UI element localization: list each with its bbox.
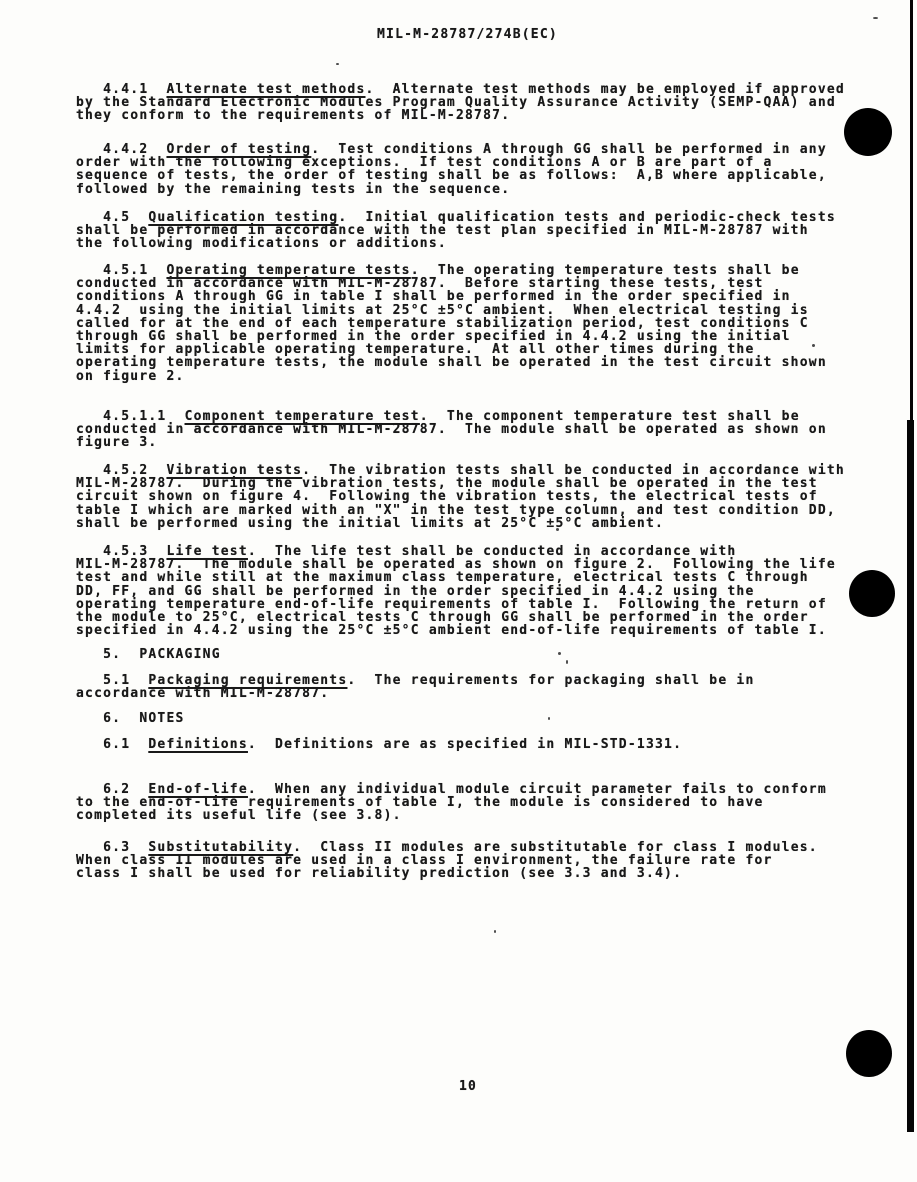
scan-speck — [873, 17, 878, 19]
section-number: 6. NOTES — [76, 711, 185, 726]
scanned-document-page: MIL-M-28787/274B(EC) 4.4.1 Alternate tes… — [0, 0, 917, 1182]
paragraph-4-5-3: 4.5.3 Life test. The life test shall be … — [76, 545, 906, 637]
registration-dot-icon — [849, 570, 895, 617]
section-body: . The life test shall be conducted in ac… — [76, 544, 836, 638]
paragraph-4-5-1: 4.5.1 Operating temperature tests. The o… — [76, 264, 906, 383]
paragraph-4-5-1-1: 4.5.1.1 Component temperature test. The … — [76, 410, 906, 450]
paragraph-4-4-2: 4.4.2 Order of testing. Test conditions … — [76, 143, 906, 196]
paragraph-4-5: 4.5 Qualification testing. Initial quali… — [76, 211, 906, 251]
paragraph-6-1: 6.1 Definitions. Definitions are as spec… — [76, 738, 906, 751]
page-number: 10 — [459, 1080, 477, 1093]
scan-speck — [336, 63, 339, 65]
registration-dot-icon — [846, 1030, 892, 1077]
section-body: . The operating temperature tests shall … — [76, 263, 827, 384]
scan-speck — [494, 930, 496, 933]
scan-speck — [812, 344, 815, 347]
paragraph-6-3: 6.3 Substitutability. Class II modules a… — [76, 841, 906, 881]
section-number: 6.1 — [76, 737, 148, 752]
heading-6-notes: 6. NOTES — [76, 712, 906, 725]
paragraph-6-2: 6.2 End-of-life. When any individual mod… — [76, 783, 906, 823]
paragraph-4-5-2: 4.5.2 Vibration tests. The vibration tes… — [76, 464, 906, 530]
section-body: . Definitions are as specified in MIL-ST… — [248, 737, 682, 752]
section-title: Definitions — [148, 737, 248, 752]
scan-edge-line — [907, 420, 914, 1132]
scan-speck — [566, 660, 568, 664]
scan-edge-line — [910, 0, 913, 420]
registration-dot-icon — [844, 108, 892, 156]
heading-5-packaging: 5. PACKAGING — [76, 648, 906, 661]
section-number: 5. PACKAGING — [76, 647, 221, 662]
paragraph-5-1: 5.1 Packaging requirements. The requirem… — [76, 674, 906, 700]
scan-speck — [558, 652, 561, 655]
scan-speck — [556, 528, 559, 531]
scan-speck — [548, 717, 550, 720]
document-id-header: MIL-M-28787/274B(EC) — [377, 28, 558, 41]
paragraph-4-4-1: 4.4.1 Alternate test methods. Alternate … — [76, 83, 906, 123]
